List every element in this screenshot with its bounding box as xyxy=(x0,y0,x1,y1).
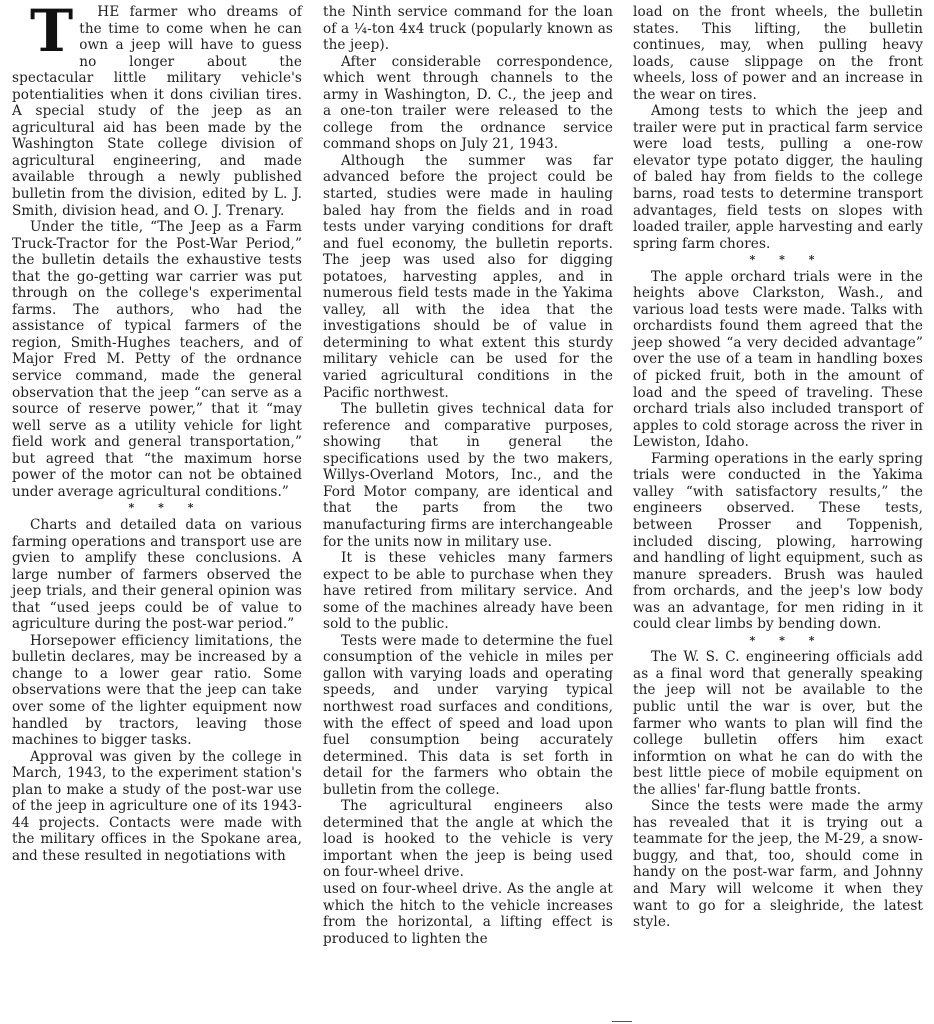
article-column-1: THE farmer who dreams of the time to com… xyxy=(12,4,302,864)
paragraph: Since the tests were made the army has r… xyxy=(633,798,923,930)
paragraph-continuation: the Ninth service command for the loan o… xyxy=(323,4,613,54)
drop-cap: T xyxy=(12,8,73,54)
article-column-3: load on the front wheels, the bulletin s… xyxy=(633,4,923,931)
lead-opening-caps: HE xyxy=(97,4,119,20)
paragraph: Among tests to which the jeep and traile… xyxy=(633,103,923,252)
paragraph: Horsepower efficiency limitations, the b… xyxy=(12,633,302,749)
paragraph: Tests were made to determine the fuel co… xyxy=(323,633,613,798)
paragraph: The apple orchard trials were in the hei… xyxy=(633,269,923,451)
article-column-2: the Ninth service command for the loan o… xyxy=(323,4,613,947)
paragraph: Farming operations in the early spring t… xyxy=(633,451,923,633)
newspaper-article: THE farmer who dreams of the time to com… xyxy=(0,0,934,1024)
paragraph: After considerable correspondence, which… xyxy=(323,54,613,153)
paragraph: The bulletin gives technical data for re… xyxy=(323,401,613,550)
paragraph-continuation: load on the front wheels, the bulletin s… xyxy=(633,4,923,103)
paragraph: The W. S. C. engineering officials add a… xyxy=(633,649,923,798)
paragraph: Although the summer was far advanced bef… xyxy=(323,153,613,401)
lead-paragraph: THE farmer who dreams of the time to com… xyxy=(12,4,302,219)
paragraph: The agricultural engineers also determin… xyxy=(323,798,613,881)
paragraph: Approval was given by the college in Mar… xyxy=(12,749,302,865)
section-break-stars: * * * xyxy=(633,252,923,269)
paragraph: Charts and detailed data on various farm… xyxy=(12,517,302,633)
section-break-stars: * * * xyxy=(633,633,923,650)
column-end-rule xyxy=(612,1021,632,1022)
paragraph: It is these vehicles many farmers expect… xyxy=(323,550,613,633)
paragraph: Under the title, “The Jeep as a Farm Tru… xyxy=(12,219,302,500)
section-break-stars: * * * xyxy=(12,500,302,517)
paragraph-continuation: used on four-wheel drive. As the angle a… xyxy=(323,881,613,947)
